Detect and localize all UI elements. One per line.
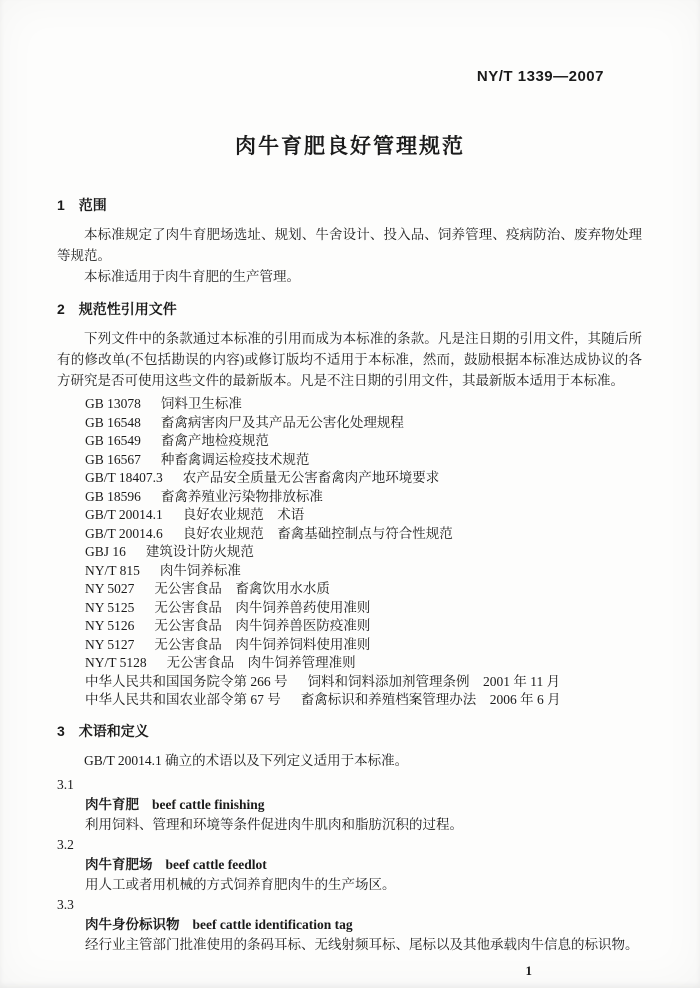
reference-code: GB/T 18407.3 [85, 470, 163, 485]
page-number: 1 [57, 963, 642, 979]
reference-code: NY 5027 [85, 581, 134, 596]
reference-code: NY 5125 [85, 600, 134, 615]
reference-title: 畜禽病害肉尸及其产品无公害化处理规程 [161, 415, 404, 430]
section-3-heading: 3术语和定义 [57, 722, 642, 740]
terms-intro-paragraph: GB/T 20014.1 确立的术语以及下列定义适用于本标准。 [57, 750, 642, 771]
terms-list: 3.1 肉牛育肥beef cattle finishing 利用饲料、管理和环境… [57, 775, 642, 955]
section-1-title: 范围 [79, 197, 107, 213]
reference-code: GB 13078 [85, 396, 141, 411]
reference-title: 建筑设计防火规范 [146, 544, 254, 559]
term-english: beef cattle identification tag [193, 917, 353, 932]
reference-code: GB/T 20014.1 [85, 507, 163, 522]
scope-paragraphs: 本标准规定了肉牛育肥场选址、规划、牛舍设计、投入品、饲养管理、疫病防治、废弃物处… [57, 224, 642, 287]
reference-item: GB/T 20014.6良好农业规范 畜禽基础控制点与符合性规范 [85, 525, 642, 544]
reference-item: NY 5125无公害食品 肉牛饲养兽药使用准则 [85, 599, 642, 618]
reference-title: 良好农业规范 畜禽基础控制点与符合性规范 [183, 526, 453, 541]
term-definition-block: 3.1 肉牛育肥beef cattle finishing 利用饲料、管理和环境… [57, 775, 642, 835]
term-definition: 经行业主管部门批准使用的条码耳标、无线射频耳标、尾标以及其他承载肉牛信息的标识物… [85, 935, 642, 955]
reference-item: NY/T 815肉牛饲养标准 [85, 562, 642, 581]
references-intro-paragraph: 下列文件中的条款通过本标准的引用而成为本标准的条款。凡是注日期的引用文件，其随后… [57, 328, 642, 391]
reference-code: NY/T 815 [85, 563, 140, 578]
reference-item: NY 5027无公害食品 畜禽饮用水水质 [85, 580, 642, 599]
document-body: 1范围 本标准规定了肉牛育肥场选址、规划、牛舍设计、投入品、饲养管理、疫病防治、… [0, 196, 700, 979]
section-3-title: 术语和定义 [79, 723, 149, 739]
term-definition: 利用饲料、管理和环境等条件促进肉牛肌肉和脂肪沉积的过程。 [85, 815, 642, 835]
reference-title: 肉牛饲养标准 [160, 563, 241, 578]
reference-title: 无公害食品 肉牛饲养饲料使用准则 [154, 637, 370, 652]
section-2-heading: 2规范性引用文件 [57, 300, 642, 318]
reference-item: GB 13078饲料卫生标准 [85, 395, 642, 414]
term-number: 3.1 [57, 775, 642, 795]
section-scope: 1范围 本标准规定了肉牛育肥场选址、规划、牛舍设计、投入品、饲养管理、疫病防治、… [57, 196, 642, 287]
reference-item: GB 16549畜禽产地检疫规范 [85, 432, 642, 451]
reference-item: NY/T 5128无公害食品 肉牛饲养管理准则 [85, 654, 642, 673]
section-terms-and-definitions: 3术语和定义 GB/T 20014.1 确立的术语以及下列定义适用于本标准。 3… [57, 722, 642, 955]
reference-code: NY 5126 [85, 618, 134, 633]
reference-item: GB 16548畜禽病害肉尸及其产品无公害化处理规程 [85, 414, 642, 433]
references-list: GB 13078饲料卫生标准 GB 16548畜禽病害肉尸及其产品无公害化处理规… [85, 395, 642, 710]
term-chinese: 肉牛身份标识物 [85, 917, 180, 932]
term-definition-block: 3.2 肉牛育肥场beef cattle feedlot 用人工或者用机械的方式… [57, 835, 642, 895]
reference-title: 畜禽标识和养殖档案管理办法 2006 年 6 月 [301, 692, 561, 707]
references-intro-wrap: 下列文件中的条款通过本标准的引用而成为本标准的条款。凡是注日期的引用文件，其随后… [57, 328, 642, 391]
section-1-number: 1 [57, 197, 65, 213]
reference-code: GB/T 20014.6 [85, 526, 163, 541]
reference-title: 无公害食品 肉牛饲养管理准则 [167, 655, 356, 670]
reference-code: 中华人民共和国农业部令第 67 号 [85, 692, 281, 707]
term-number: 3.3 [57, 895, 642, 915]
term-line: 肉牛育肥beef cattle finishing [85, 795, 642, 815]
term-english: beef cattle finishing [152, 797, 265, 812]
reference-title: 饲料和饲料添加剂管理条例 2001 年 11 月 [308, 674, 561, 689]
term-definition: 用人工或者用机械的方式饲养育肥肉牛的生产场区。 [85, 875, 642, 895]
section-3-number: 3 [57, 723, 65, 739]
standard-number: NY/T 1339—2007 [0, 68, 700, 86]
reference-title: 无公害食品 畜禽饮用水水质 [154, 581, 330, 596]
terms-intro-wrap: GB/T 20014.1 确立的术语以及下列定义适用于本标准。 [57, 750, 642, 771]
term-english: beef cattle feedlot [166, 857, 267, 872]
reference-title: 无公害食品 肉牛饲养兽药使用准则 [154, 600, 370, 615]
reference-title: 种畜禽调运检疫技术规范 [161, 452, 310, 467]
term-line: 肉牛身份标识物beef cattle identification tag [85, 915, 642, 935]
reference-title: 良好农业规范 术语 [183, 507, 305, 522]
term-chinese: 肉牛育肥场 [85, 857, 153, 872]
reference-item: GB/T 20014.1良好农业规范 术语 [85, 506, 642, 525]
reference-item: GB 18596畜禽养殖业污染物排放标准 [85, 488, 642, 507]
section-1-heading: 1范围 [57, 196, 642, 214]
section-2-title: 规范性引用文件 [79, 301, 177, 317]
reference-title: 农产品安全质量无公害畜禽肉产地环境要求 [183, 470, 440, 485]
reference-code: GBJ 16 [85, 544, 126, 559]
reference-item: GB 16567种畜禽调运检疫技术规范 [85, 451, 642, 470]
section-normative-references: 2规范性引用文件 下列文件中的条款通过本标准的引用而成为本标准的条款。凡是注日期… [57, 300, 642, 710]
term-chinese: 肉牛育肥 [85, 797, 139, 812]
document-title: 肉牛育肥良好管理规范 [0, 132, 700, 162]
paragraph: 本标准规定了肉牛育肥场选址、规划、牛舍设计、投入品、饲养管理、疫病防治、废弃物处… [57, 224, 642, 266]
reference-item: NY 5126无公害食品 肉牛饲养兽医防疫准则 [85, 617, 642, 636]
reference-code: 中华人民共和国国务院令第 266 号 [85, 674, 288, 689]
reference-title: 饲料卫生标准 [161, 396, 242, 411]
reference-title: 无公害食品 肉牛饲养兽医防疫准则 [154, 618, 370, 633]
term-line: 肉牛育肥场beef cattle feedlot [85, 855, 642, 875]
reference-title: 畜禽养殖业污染物排放标准 [161, 489, 323, 504]
reference-item: GB/T 18407.3农产品安全质量无公害畜禽肉产地环境要求 [85, 469, 642, 488]
reference-item: 中华人民共和国国务院令第 266 号饲料和饲料添加剂管理条例 2001 年 11… [85, 673, 642, 692]
reference-code: GB 16548 [85, 415, 141, 430]
document-page: NY/T 1339—2007 肉牛育肥良好管理规范 1范围 本标准规定了肉牛育肥… [0, 0, 700, 988]
reference-code: GB 16567 [85, 452, 141, 467]
paragraph: 本标准适用于肉牛育肥的生产管理。 [57, 266, 642, 287]
term-definition-block: 3.3 肉牛身份标识物beef cattle identification ta… [57, 895, 642, 955]
reference-item: 中华人民共和国农业部令第 67 号畜禽标识和养殖档案管理办法 2006 年 6 … [85, 691, 642, 710]
reference-code: GB 16549 [85, 433, 141, 448]
reference-code: NY/T 5128 [85, 655, 147, 670]
reference-code: GB 18596 [85, 489, 141, 504]
reference-code: NY 5127 [85, 637, 134, 652]
term-number: 3.2 [57, 835, 642, 855]
reference-item: GBJ 16建筑设计防火规范 [85, 543, 642, 562]
reference-title: 畜禽产地检疫规范 [161, 433, 269, 448]
section-2-number: 2 [57, 301, 65, 317]
reference-item: NY 5127无公害食品 肉牛饲养饲料使用准则 [85, 636, 642, 655]
